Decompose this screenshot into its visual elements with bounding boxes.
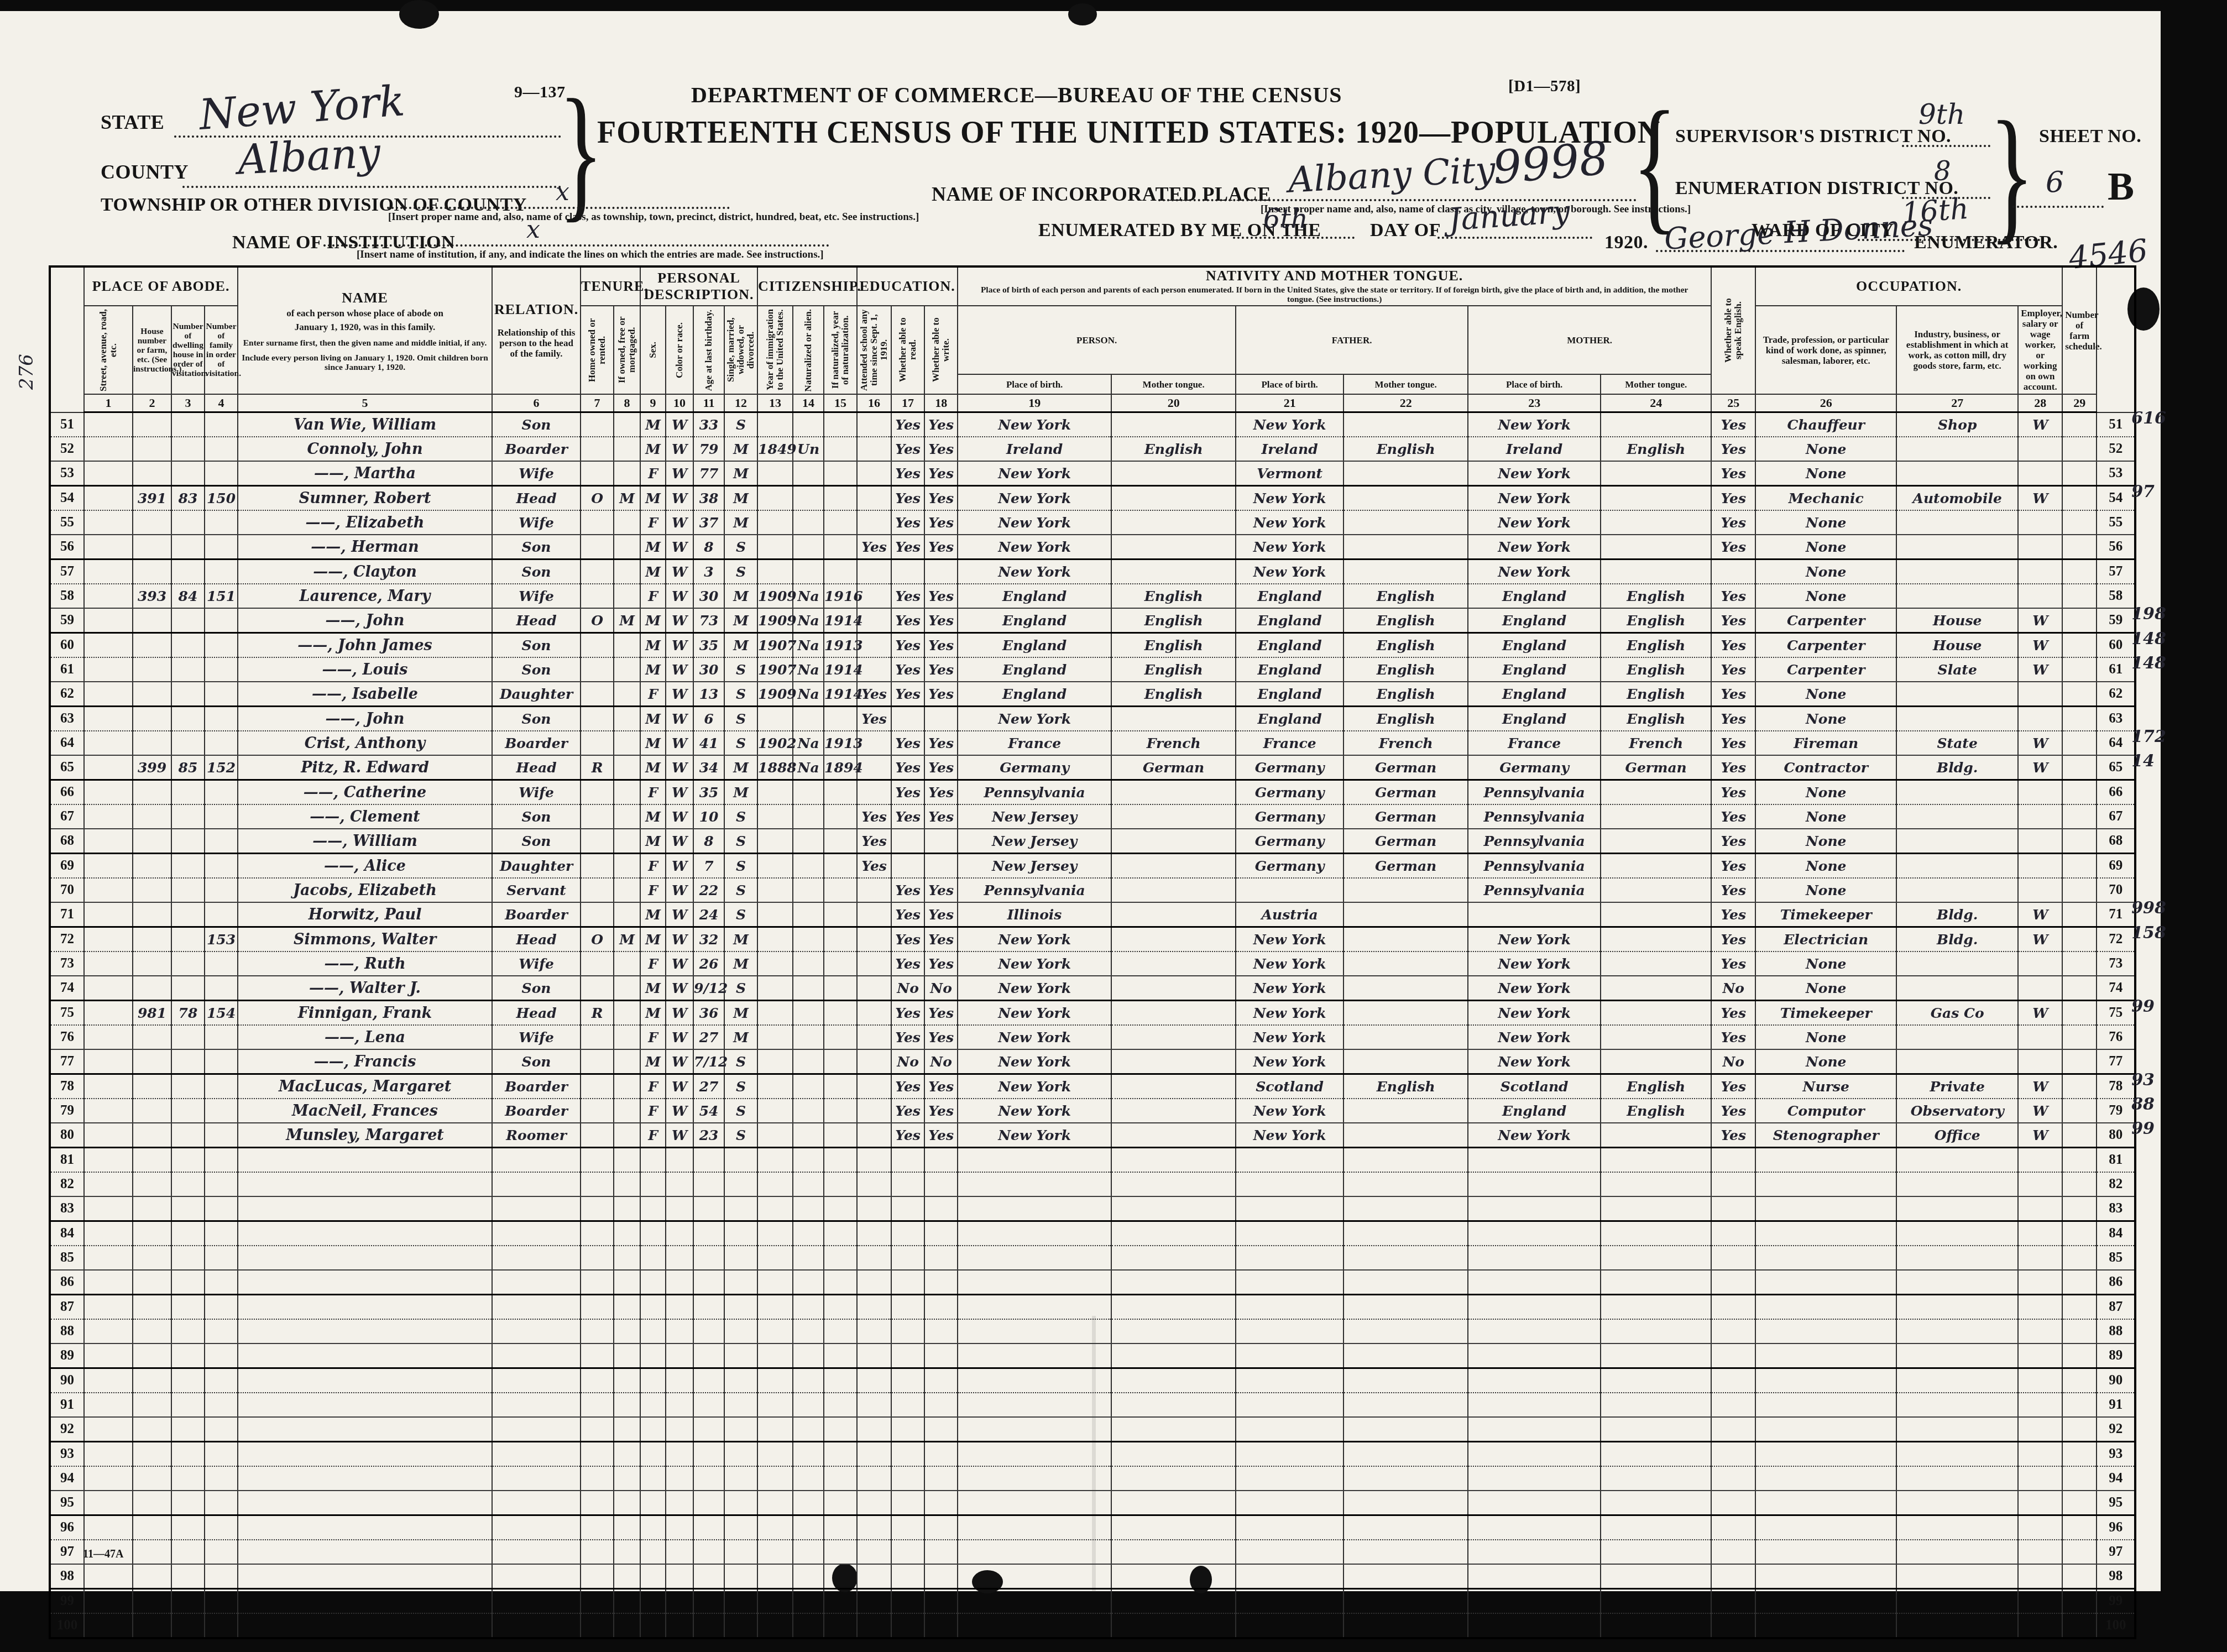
cell-col-21 [1236, 1540, 1343, 1564]
cell-col-24 [1601, 510, 1711, 535]
cell-col-12: S [724, 560, 757, 584]
cell-col-28: W [2018, 657, 2062, 682]
cell-col-15: 1894 [824, 755, 857, 780]
cell-col-25: Yes [1711, 682, 1755, 707]
cell-col-22 [1343, 1123, 1468, 1148]
cell-col-28 [2018, 1246, 2062, 1270]
cell-col-13: 1907 [757, 657, 793, 682]
cell-col-20 [1111, 1491, 1236, 1515]
cell-col-1 [84, 1099, 133, 1123]
cell-col-8 [614, 1196, 640, 1221]
cell-col-3: 83 [171, 486, 205, 511]
row-number-right: 87 [2097, 1295, 2135, 1320]
col-number-19: 19 [958, 394, 1111, 412]
cell-col-28 [2018, 1393, 2062, 1417]
cell-col-11 [693, 1613, 724, 1638]
margin-annotation: 88 [2131, 1095, 2155, 1114]
cell-col-9 [640, 1319, 666, 1343]
cell-col-20 [1111, 1515, 1236, 1540]
cell-col-26: None [1755, 461, 1896, 486]
cell-col-8 [614, 510, 640, 535]
cell-col-9: M [640, 976, 666, 1001]
cell-col-15 [824, 535, 857, 560]
cell-col-11: 37 [693, 510, 724, 535]
cell-col-26 [1755, 1270, 1896, 1295]
district-brace-close: } [1989, 88, 2035, 261]
census-sheet-scan: 9—137 DEPARTMENT OF COMMERCE—BUREAU OF T… [0, 0, 2227, 1652]
cell-col-3 [171, 1515, 205, 1540]
cell-col-28 [2018, 437, 2062, 461]
cell-col-13 [757, 1442, 793, 1467]
cell-col-16: Yes [857, 535, 891, 560]
cell-col-22 [1343, 1001, 1468, 1026]
cell-col-18: Yes [924, 461, 958, 486]
cell-col-3 [171, 1270, 205, 1295]
cell-col-10 [666, 1343, 693, 1368]
cell-col-5: Horwitz, Paul [238, 902, 492, 927]
cell-col-20 [1111, 829, 1236, 854]
cell-col-17 [891, 1540, 924, 1564]
cell-col-16 [857, 1368, 891, 1393]
cell-col-27 [1896, 804, 2018, 829]
cell-col-6 [492, 1466, 581, 1491]
cell-col-23 [1468, 902, 1601, 927]
cell-col-17: Yes [891, 1025, 924, 1049]
cell-col-11: 9/12 [693, 976, 724, 1001]
cell-col-18: Yes [924, 804, 958, 829]
cell-col-16 [857, 1319, 891, 1343]
cell-col-28 [2018, 1295, 2062, 1320]
margin-annotation: 93 [2131, 1070, 2155, 1090]
cell-col-11: 27 [693, 1025, 724, 1049]
cell-col-17 [891, 854, 924, 879]
cell-col-29 [2062, 1221, 2097, 1246]
cell-col-26: Timekeeper [1755, 1001, 1896, 1026]
cell-col-23: New York [1468, 535, 1601, 560]
cell-col-27 [1896, 878, 2018, 902]
cell-col-8 [614, 682, 640, 707]
cell-col-16 [857, 1417, 891, 1442]
cell-col-8 [614, 412, 640, 437]
cell-col-18 [924, 1196, 958, 1221]
cell-col-7 [581, 952, 614, 976]
cell-col-27 [1896, 1246, 2018, 1270]
cell-col-6: Roomer [492, 1123, 581, 1148]
cell-col-23 [1468, 1270, 1601, 1295]
cell-col-26: None [1755, 976, 1896, 1001]
row-number-left: 93 [50, 1442, 84, 1467]
cell-col-29 [2062, 1319, 2097, 1343]
cell-col-17: Yes [891, 804, 924, 829]
cell-col-15: 1914 [824, 608, 857, 633]
cell-col-21 [1236, 1613, 1343, 1638]
cell-col-4 [205, 1393, 238, 1417]
cell-col-29 [2062, 1515, 2097, 1540]
cell-col-24 [1601, 878, 1711, 902]
cell-col-20 [1111, 1613, 1236, 1638]
cell-col-19 [958, 1343, 1111, 1368]
cell-col-7 [581, 1221, 614, 1246]
cell-col-2 [133, 1148, 171, 1173]
cell-col-6 [492, 1221, 581, 1246]
row-number-right: 84 [2097, 1221, 2135, 1246]
row-number-right: 6514 [2097, 755, 2135, 780]
cell-col-24 [1601, 780, 1711, 805]
table-row: 80Munsley, MargaretRoomerFW23SYesYesNew … [50, 1123, 2135, 1148]
cell-col-13 [757, 1123, 793, 1148]
cell-col-17 [891, 1368, 924, 1393]
cell-col-7 [581, 976, 614, 1001]
cell-col-11 [693, 1172, 724, 1196]
cell-col-26 [1755, 1221, 1896, 1246]
cell-col-13 [757, 1148, 793, 1173]
cell-col-9: F [640, 682, 666, 707]
cell-col-21 [1236, 1393, 1343, 1417]
cell-col-23 [1468, 1393, 1601, 1417]
cell-col-13 [757, 1025, 793, 1049]
sheet-label: Sheet No. [2039, 126, 2141, 147]
cell-col-7 [581, 633, 614, 658]
cell-col-22 [1343, 1540, 1468, 1564]
cell-col-29 [2062, 731, 2097, 755]
cell-col-29 [2062, 1049, 2097, 1074]
row-number-left: 75 [50, 1001, 84, 1026]
cell-col-29 [2062, 1466, 2097, 1491]
county-value: Albany [237, 129, 381, 184]
cell-col-24: English [1601, 682, 1711, 707]
cell-col-8 [614, 976, 640, 1001]
cell-col-8 [614, 755, 640, 780]
cell-col-16 [857, 1564, 891, 1589]
cell-col-6: Son [492, 535, 581, 560]
cell-col-13 [757, 1246, 793, 1270]
row-number-right: 64172 [2097, 731, 2135, 755]
cell-col-12: M [724, 952, 757, 976]
group-nativity: NATIVITY AND MOTHER TONGUE. Place of bir… [958, 266, 1711, 306]
cell-col-18: Yes [924, 608, 958, 633]
cell-col-1 [84, 1491, 133, 1515]
cell-col-24: English [1601, 584, 1711, 608]
cell-col-6: Head [492, 486, 581, 511]
cell-col-7 [581, 1049, 614, 1074]
cell-col-11: 35 [693, 633, 724, 658]
table-row: 9898 [50, 1564, 2135, 1589]
cell-col-18: Yes [924, 902, 958, 927]
cell-col-1 [84, 608, 133, 633]
cell-col-25: Yes [1711, 1099, 1755, 1123]
cell-col-25: Yes [1711, 608, 1755, 633]
cell-col-9: M [640, 1001, 666, 1026]
cell-col-3 [171, 1172, 205, 1196]
cell-col-2 [133, 608, 171, 633]
cell-col-7 [581, 1564, 614, 1589]
cell-col-29 [2062, 1417, 2097, 1442]
cell-col-14 [793, 1466, 824, 1491]
cell-col-4 [205, 1049, 238, 1074]
cell-col-15: 1913 [824, 731, 857, 755]
incorporated-place-label: Name of Incorporated Place [932, 182, 1271, 206]
cell-col-14 [793, 1025, 824, 1049]
cell-col-15 [824, 1025, 857, 1049]
cell-col-5: ——, Elizabeth [238, 510, 492, 535]
cell-col-17: Yes [891, 731, 924, 755]
cell-col-4 [205, 560, 238, 584]
cell-col-5: ——, John [238, 608, 492, 633]
district-brace-open: { [1632, 79, 1677, 251]
cell-col-26: None [1755, 804, 1896, 829]
cell-col-22: German [1343, 854, 1468, 879]
cell-col-1 [84, 1343, 133, 1368]
cell-col-18 [924, 1270, 958, 1295]
cell-col-11: 13 [693, 682, 724, 707]
cell-col-12: M [724, 927, 757, 952]
cell-col-14: Na [793, 682, 824, 707]
cell-col-13: 1909 [757, 682, 793, 707]
cell-col-7 [581, 707, 614, 731]
cell-col-29 [2062, 461, 2097, 486]
cell-col-14 [793, 854, 824, 879]
cell-col-17 [891, 1613, 924, 1638]
table-row: 67——, ClementSonMW10SYesYesYesNew Jersey… [50, 804, 2135, 829]
cell-col-9: M [640, 560, 666, 584]
table-row: 9191 [50, 1393, 2135, 1417]
cell-col-14 [793, 878, 824, 902]
cell-col-23: England [1468, 657, 1601, 682]
cell-col-9 [640, 1368, 666, 1393]
cell-col-22: English [1343, 657, 1468, 682]
cell-col-15 [824, 1123, 857, 1148]
cell-col-6 [492, 1343, 581, 1368]
row-number-left: 79 [50, 1099, 84, 1123]
cell-col-15 [824, 1319, 857, 1343]
cell-col-4 [205, 1417, 238, 1442]
cell-col-17: Yes [891, 755, 924, 780]
cell-col-22 [1343, 486, 1468, 511]
cell-col-27 [1896, 1319, 2018, 1343]
cell-col-12: S [724, 707, 757, 731]
cell-col-29 [2062, 1368, 2097, 1393]
cell-col-24 [1601, 1368, 1711, 1393]
cell-col-7 [581, 657, 614, 682]
cell-col-16 [857, 1343, 891, 1368]
cell-col-21 [1236, 1564, 1343, 1589]
cell-col-12: M [724, 510, 757, 535]
cell-col-23: Scotland [1468, 1074, 1601, 1099]
cell-col-15 [824, 1368, 857, 1393]
cell-col-27: Gas Co [1896, 1001, 2018, 1026]
cell-col-17: Yes [891, 486, 924, 511]
cell-col-25: Yes [1711, 437, 1755, 461]
cell-col-26: None [1755, 1049, 1896, 1074]
cell-col-9: F [640, 510, 666, 535]
cell-col-18 [924, 1540, 958, 1564]
cell-col-19 [958, 1393, 1111, 1417]
cell-col-15 [824, 560, 857, 584]
cell-col-28: W [2018, 1099, 2062, 1123]
supervisor-district-line [1902, 145, 1990, 147]
cell-col-21: England [1236, 633, 1343, 658]
col-number-8: 8 [614, 394, 640, 412]
cell-col-12: M [724, 437, 757, 461]
cell-col-27 [1896, 1613, 2018, 1638]
cell-col-25 [1711, 1295, 1755, 1320]
cell-col-17: Yes [891, 1099, 924, 1123]
cell-col-9: M [640, 902, 666, 927]
cell-col-23: New York [1468, 486, 1601, 511]
cell-col-29 [2062, 633, 2097, 658]
cell-col-15 [824, 829, 857, 854]
cell-col-9: M [640, 486, 666, 511]
cell-col-11 [693, 1589, 724, 1614]
cell-col-27 [1896, 1417, 2018, 1442]
cell-col-18 [924, 1343, 958, 1368]
cell-col-29 [2062, 1442, 2097, 1467]
cell-col-16: Yes [857, 804, 891, 829]
row-number-right: 67 [2097, 804, 2135, 829]
cell-col-13: 1849 [757, 437, 793, 461]
cell-col-23 [1468, 1515, 1601, 1540]
cell-col-9: F [640, 584, 666, 608]
cell-col-3 [171, 1466, 205, 1491]
cell-col-29 [2062, 1589, 2097, 1614]
cell-col-2 [133, 952, 171, 976]
cell-col-7: R [581, 1001, 614, 1026]
cell-col-5: ——, Isabelle [238, 682, 492, 707]
row-number-left: 86 [50, 1270, 84, 1295]
table-row: 8787 [50, 1295, 2135, 1320]
cell-col-28 [2018, 780, 2062, 805]
cell-col-24 [1601, 535, 1711, 560]
cell-col-19: New York [958, 1049, 1111, 1074]
cell-col-19: England [958, 633, 1111, 658]
cell-col-7 [581, 902, 614, 927]
cell-col-8 [614, 1025, 640, 1049]
cell-col-2 [133, 1074, 171, 1099]
col-number-1: 1 [84, 394, 133, 412]
cell-col-4 [205, 952, 238, 976]
cell-col-15 [824, 412, 857, 437]
cell-col-16 [857, 1148, 891, 1173]
cell-col-22 [1343, 927, 1468, 952]
cell-col-16 [857, 510, 891, 535]
cell-col-23: Ireland [1468, 437, 1601, 461]
cell-col-2 [133, 682, 171, 707]
supervisor-district-value: 9th [1918, 98, 1965, 130]
cell-col-11 [693, 1343, 724, 1368]
cell-col-12: S [724, 1074, 757, 1099]
cell-col-3 [171, 927, 205, 952]
cell-col-16 [857, 1613, 891, 1638]
cell-col-8 [614, 633, 640, 658]
cell-col-15 [824, 1246, 857, 1270]
nativity-father-header: FATHER. [1236, 306, 1468, 374]
cell-col-18 [924, 1319, 958, 1343]
cell-col-9 [640, 1442, 666, 1467]
table-row: 72153Simmons, WalterHeadOMMW32MYesYesNew… [50, 927, 2135, 952]
cell-col-27 [1896, 1343, 2018, 1368]
cell-col-13 [757, 510, 793, 535]
cell-col-16 [857, 1393, 891, 1417]
cell-col-8: M [614, 486, 640, 511]
cell-col-2 [133, 927, 171, 952]
cell-col-24 [1601, 1196, 1711, 1221]
cell-col-29 [2062, 560, 2097, 584]
name-desc-4: Include every person living on January 1… [238, 353, 492, 372]
cell-col-21: New York [1236, 510, 1343, 535]
cell-col-5 [238, 1148, 492, 1173]
cell-col-5: ——, Clayton [238, 560, 492, 584]
cell-col-5 [238, 1172, 492, 1196]
cell-col-6: Wife [492, 952, 581, 976]
cell-col-15 [824, 1099, 857, 1123]
cell-col-17 [891, 1270, 924, 1295]
cell-col-2 [133, 1221, 171, 1246]
cell-col-28: W [2018, 927, 2062, 952]
cell-col-29 [2062, 1148, 2097, 1173]
cell-col-16 [857, 1196, 891, 1221]
cell-col-1 [84, 657, 133, 682]
cell-col-27 [1896, 829, 2018, 854]
cell-col-3 [171, 878, 205, 902]
cell-col-3 [171, 1148, 205, 1173]
cell-col-27 [1896, 437, 2018, 461]
cell-col-14: Na [793, 608, 824, 633]
cell-col-19 [958, 1196, 1111, 1221]
cell-col-12 [724, 1491, 757, 1515]
cell-col-14 [793, 1221, 824, 1246]
cell-col-11: 27 [693, 1074, 724, 1099]
cell-col-7 [581, 1368, 614, 1393]
cell-col-16 [857, 1049, 891, 1074]
cell-col-5: ——, Clement [238, 804, 492, 829]
cell-col-7 [581, 510, 614, 535]
cell-col-2 [133, 437, 171, 461]
corner-right [2097, 266, 2135, 412]
cell-col-8 [614, 1099, 640, 1123]
cell-col-15 [824, 1442, 857, 1467]
cell-col-9: F [640, 1025, 666, 1049]
cell-col-10 [666, 1515, 693, 1540]
cell-col-4 [205, 1123, 238, 1148]
cell-col-22 [1343, 1368, 1468, 1393]
cell-col-8 [614, 952, 640, 976]
table-row: 69——, AliceDaughterFW7SYesNew JerseyGerm… [50, 854, 2135, 879]
cell-col-1 [84, 1270, 133, 1295]
department-line: DEPARTMENT OF COMMERCE—BUREAU OF THE CEN… [691, 82, 1342, 108]
cell-col-24: English [1601, 1099, 1711, 1123]
cell-col-13 [757, 829, 793, 854]
table-row: 8282 [50, 1172, 2135, 1196]
col-1-header: Street, avenue, road, etc. [84, 306, 133, 394]
cell-col-27 [1896, 1564, 2018, 1589]
row-number-right: 57 [2097, 560, 2135, 584]
cell-col-7 [581, 461, 614, 486]
cell-col-22 [1343, 952, 1468, 976]
cell-col-14 [793, 1148, 824, 1173]
cell-col-2 [133, 657, 171, 682]
cell-col-15 [824, 1491, 857, 1515]
cell-col-13 [757, 1564, 793, 1589]
cell-col-15 [824, 976, 857, 1001]
cell-col-27 [1896, 1148, 2018, 1173]
cell-col-14 [793, 510, 824, 535]
cell-col-6: Head [492, 608, 581, 633]
cell-col-21 [1236, 878, 1343, 902]
cell-col-13 [757, 1589, 793, 1614]
cell-col-12: S [724, 829, 757, 854]
cell-col-19 [958, 1442, 1111, 1467]
table-row: 9999 [50, 1589, 2135, 1614]
